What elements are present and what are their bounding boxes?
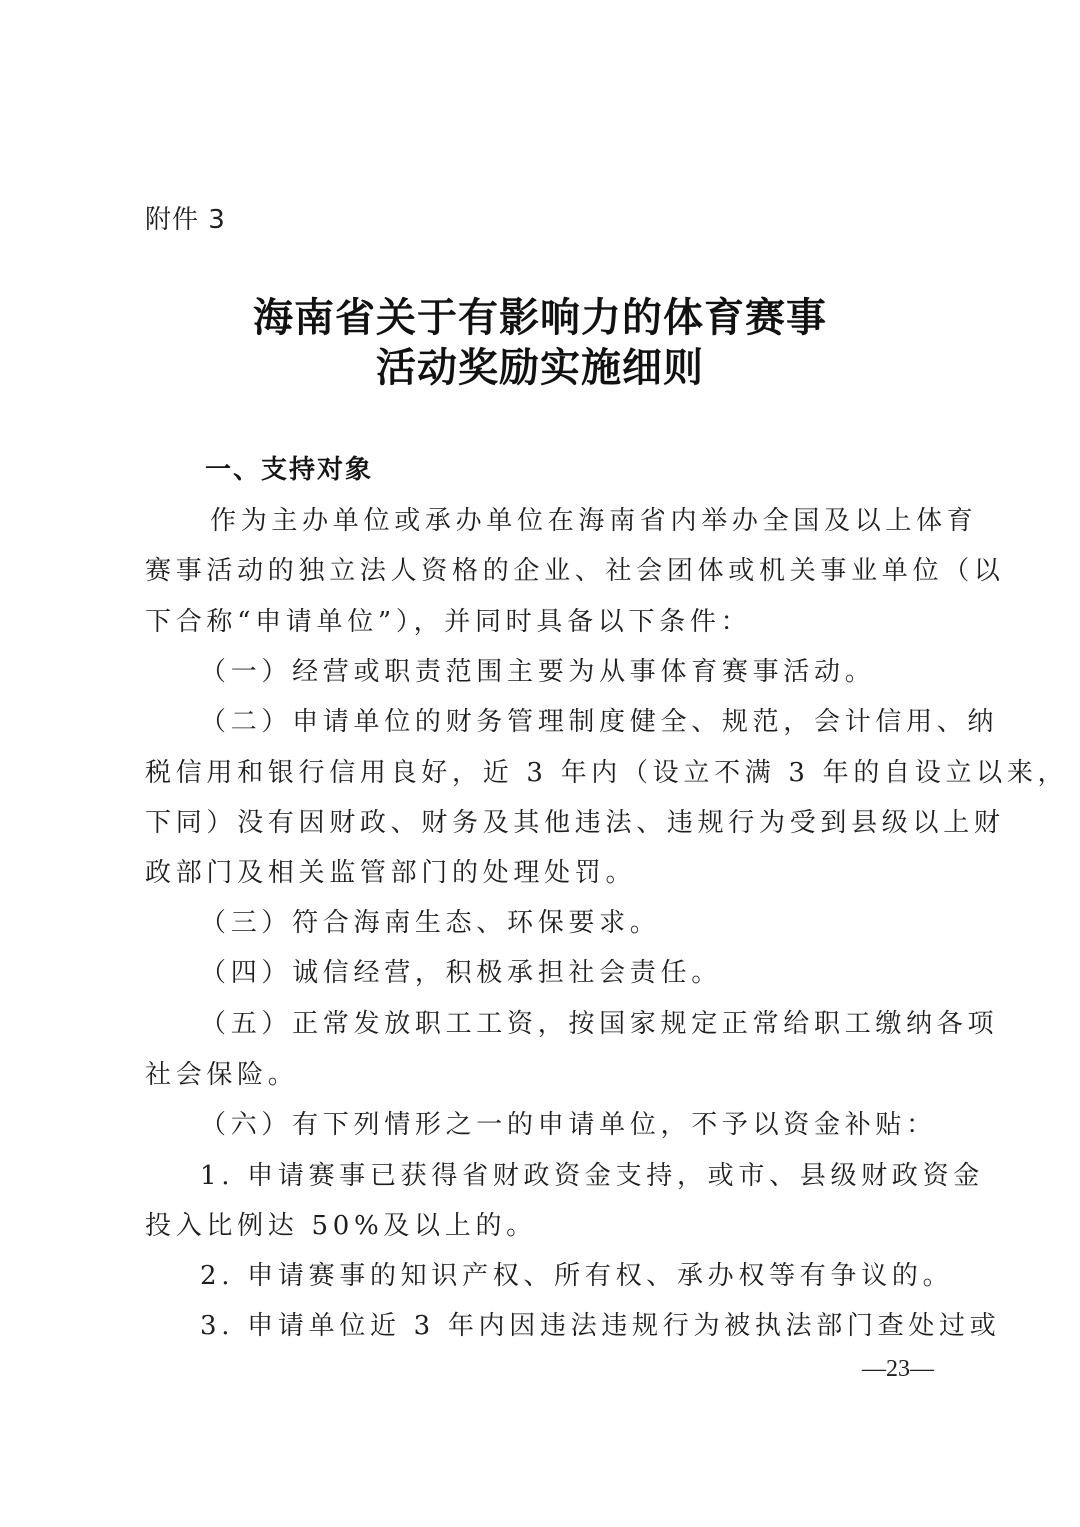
- page-number: —23—: [862, 1352, 934, 1386]
- condition-item-5: （五）正常发放职工工资，按国家规定正常给职工缴纳各项: [200, 1007, 945, 1041]
- paragraph-line: 下合称“申请单位”），并同时具备以下条件：: [145, 605, 945, 639]
- paragraph-line: 社会保险。: [145, 1058, 945, 1092]
- condition-item-2: （二）申请单位的财务管理制度健全、规范，会计信用、纳: [200, 705, 945, 739]
- condition-item-6: （六）有下列情形之一的申请单位，不予以资金补贴：: [200, 1108, 935, 1142]
- paragraph-line: 投入比例达 50%及以上的。: [145, 1209, 945, 1243]
- condition-item-4: （四）诚信经营，积极承担社会责任。: [200, 956, 935, 990]
- exclusion-item-1: 1. 申请赛事已获得省财政资金支持，或市、县级财政资金: [200, 1159, 945, 1193]
- document-title-line-1: 海南省关于有影响力的体育赛事: [0, 294, 1080, 342]
- exclusion-item-2: 2. 申请赛事的知识产权、所有权、承办权等有争议的。: [200, 1259, 935, 1293]
- condition-item-3: （三）符合海南生态、环保要求。: [200, 906, 935, 940]
- paragraph-line: 作为主办单位或承办单位在海南省内举办全国及以上体育: [210, 504, 945, 538]
- paragraph-line: 下同）没有因财政、财务及其他违法、违规行为受到县级以上财: [145, 806, 945, 840]
- attachment-label: 附件 3: [145, 203, 226, 237]
- document-page: 附件 3 海南省关于有影响力的体育赛事 活动奖励实施细则 一、支持对象 作为主办…: [0, 0, 1080, 1527]
- exclusion-item-3: 3. 申请单位近 3 年内因违法违规行为被执法部门查处过或: [200, 1309, 945, 1343]
- document-title-line-2: 活动奖励实施细则: [0, 344, 1080, 392]
- paragraph-line: 赛事活动的独立法人资格的企业、社会团体或机关事业单位（以: [145, 554, 945, 588]
- paragraph-line: 税信用和银行信用良好，近 3 年内（设立不满 3 年的自设立以来，: [145, 756, 945, 790]
- paragraph-line: 政部门及相关监管部门的处理处罚。: [145, 856, 945, 890]
- section-heading: 一、支持对象: [205, 453, 373, 487]
- condition-item-1: （一）经营或职责范围主要为从事体育赛事活动。: [200, 655, 935, 689]
